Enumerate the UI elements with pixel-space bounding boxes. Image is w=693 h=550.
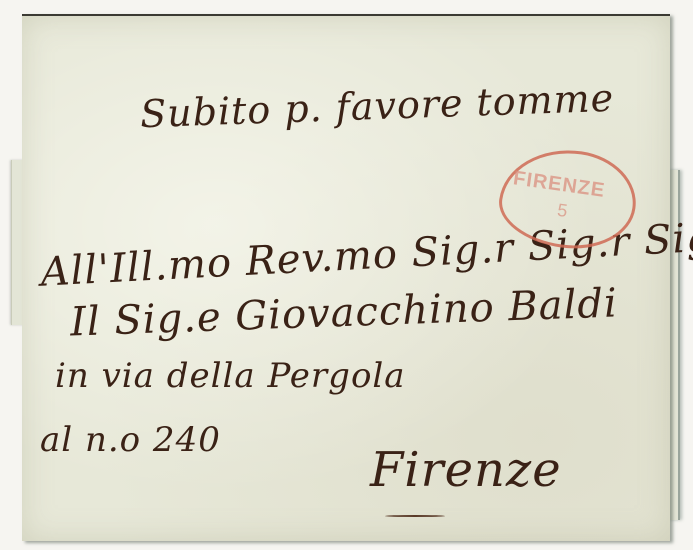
city-underline-flourish — [385, 515, 445, 517]
handwriting-line-street: in via della Pergola — [55, 356, 406, 396]
handwriting-line-number: al n.o 240 — [40, 420, 221, 460]
stamp-text: FIRENZE — [512, 167, 607, 203]
handwriting-line-city: Firenze — [370, 442, 562, 498]
stamp-sub: 5 — [556, 200, 569, 222]
